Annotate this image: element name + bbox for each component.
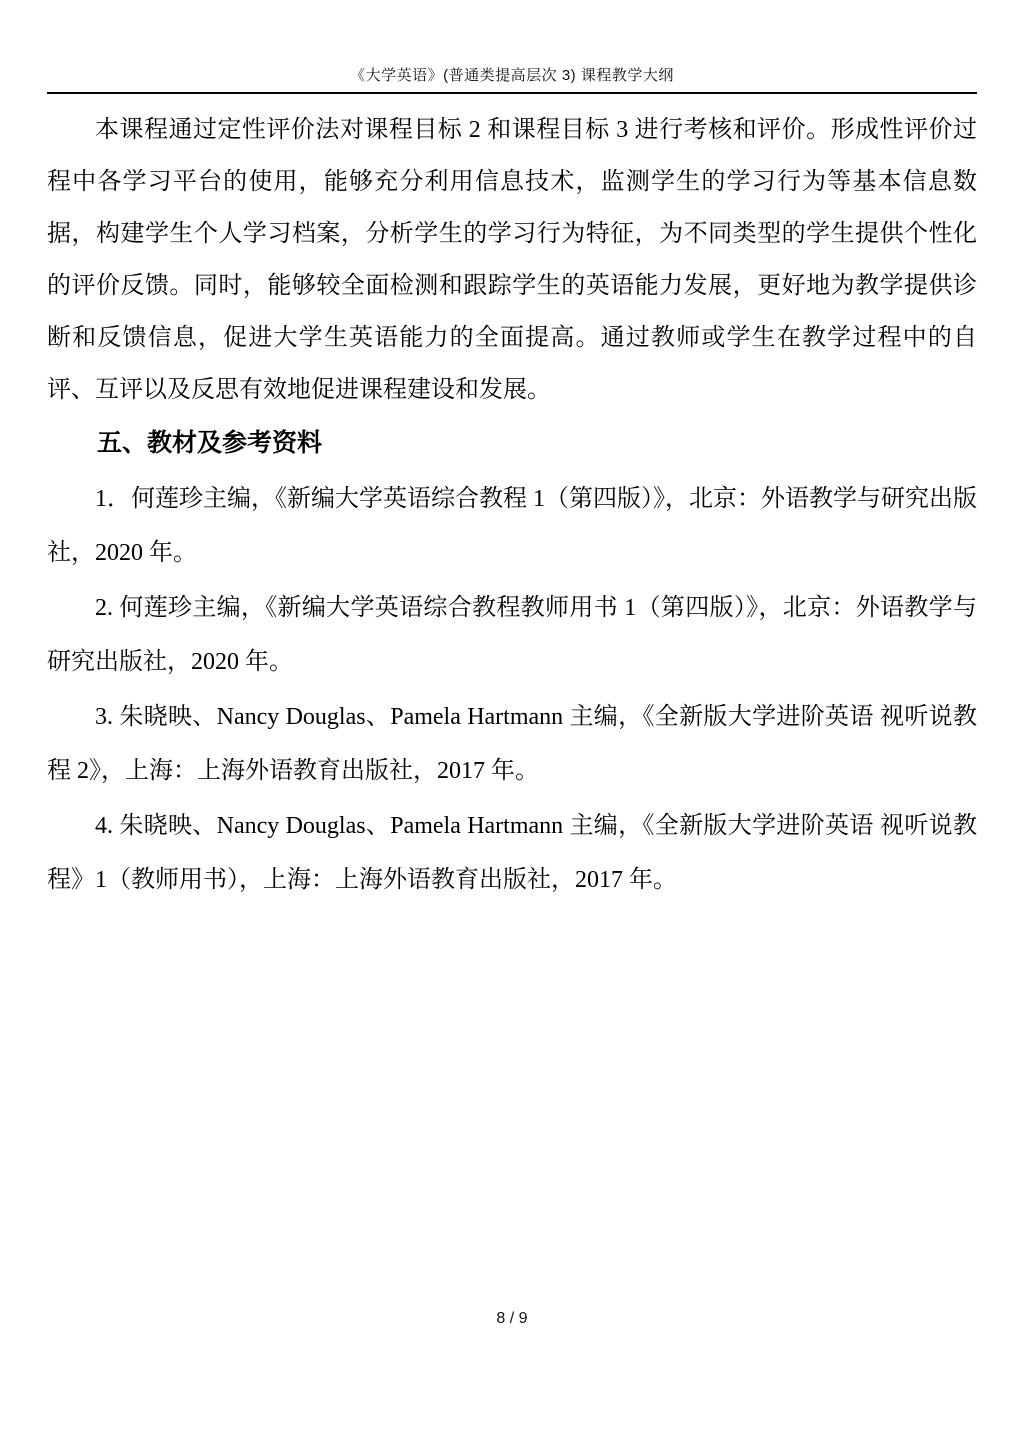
reference-item-3: 3. 朱晓映、Nancy Douglas、Pamela Hartmann 主编，… xyxy=(47,690,977,798)
reference-item-1: 1．何莲珍主编，《新编大学英语综合教程 1（第四版）》，北京：外语教学与研究出版… xyxy=(47,472,977,580)
page-header: 《大学英语》(普通类提高层次 3) 课程教学大纲 xyxy=(47,0,977,94)
reference-item-2: 2. 何莲珍主编，《新编大学英语综合教程教师用书 1（第四版）》，北京：外语教学… xyxy=(47,581,977,689)
page-footer: 8 / 9 xyxy=(0,1310,1024,1328)
page-number: 8 / 9 xyxy=(496,1310,527,1327)
document-page: 《大学英语》(普通类提高层次 3) 课程教学大纲 本课程通过定性评价法对课程目标… xyxy=(0,0,1024,1447)
header-divider xyxy=(47,92,977,94)
section-heading-materials: 五、教材及参考资料 xyxy=(47,417,977,471)
evaluation-paragraph: 本课程通过定性评价法对课程目标 2 和课程目标 3 进行考核和评价。形成性评价过… xyxy=(47,104,977,416)
header-title: 《大学英语》(普通类提高层次 3) 课程教学大纲 xyxy=(47,66,977,86)
reference-item-4: 4. 朱晓映、Nancy Douglas、Pamela Hartmann 主编，… xyxy=(47,799,977,907)
document-body: 本课程通过定性评价法对课程目标 2 和课程目标 3 进行考核和评价。形成性评价过… xyxy=(47,104,977,907)
